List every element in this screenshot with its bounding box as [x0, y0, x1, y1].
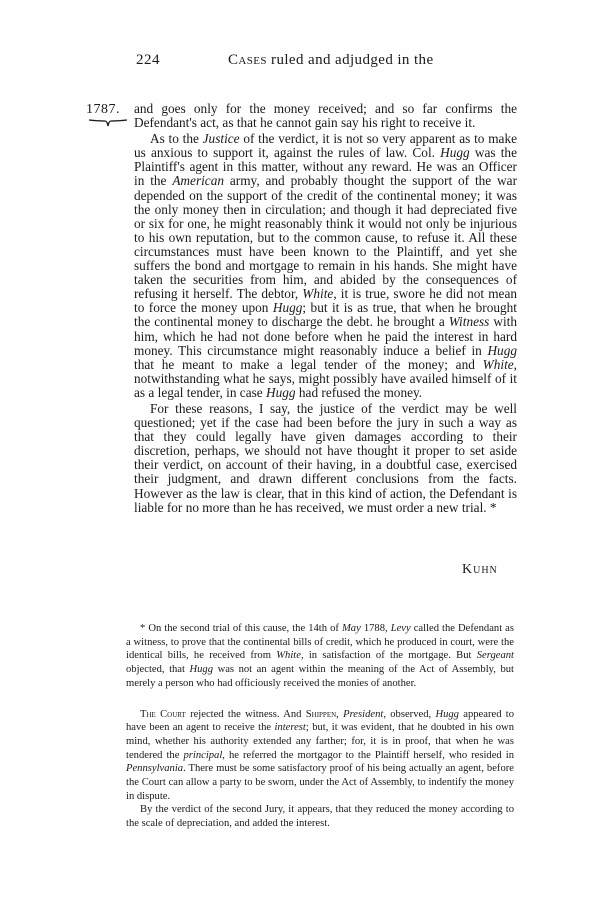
text-run: rejected the witness. And [186, 709, 306, 720]
page-number: 224 [136, 52, 160, 69]
text-run: had refused the money. [296, 385, 423, 400]
italic-white: White [276, 650, 301, 661]
paragraph-1: and goes only for the money received; an… [134, 102, 517, 130]
italic-hugg: Hugg [487, 343, 517, 358]
footnotes: * On the second trial of this cause, the… [126, 622, 514, 831]
smallcaps-shippen: Shippen [306, 709, 336, 720]
text-run: that he meant to make a legal tender of … [134, 357, 483, 372]
scanned-page: 224 Cases ruled and adjudged in the 1787… [0, 0, 600, 903]
italic-witness: Witness [449, 314, 490, 329]
italic-president: President [343, 709, 383, 720]
smallcaps-court: The Court [140, 709, 186, 720]
text-run: army, and probably thought the support o… [134, 173, 517, 301]
text-run: . There must be some satisfactory proof … [126, 763, 514, 801]
italic-hugg: Hugg [273, 300, 303, 315]
main-text: and goes only for the money received; an… [134, 102, 517, 515]
italic-justice: Justice [203, 131, 240, 146]
margin-year-note: 1787. [86, 102, 120, 118]
text-run: * On the second trial of this cause, the… [140, 623, 342, 634]
italic-principal: principal [183, 750, 222, 761]
italic-interest: interest [274, 722, 305, 733]
text-run: , in satisfaction of the mortgage. But [301, 650, 477, 661]
italic-levy: Levy [391, 623, 411, 634]
text-run: As to the [150, 131, 203, 146]
text-run: 1788, [361, 623, 391, 634]
reporter-signoff: Kuhn [462, 562, 498, 578]
running-head-title: Cases ruled and adjudged in the [228, 52, 434, 69]
footnote-3: By the verdict of the second Jury, it ap… [126, 803, 514, 830]
italic-white: White [302, 286, 333, 301]
italic-sergeant: Sergeant [477, 650, 514, 661]
text-run: objected, that [126, 664, 189, 675]
text-run: , observed, [383, 709, 435, 720]
running-head: 224 Cases ruled and adjudged in the [136, 52, 496, 72]
margin-brace-icon [88, 118, 128, 128]
running-head-title-first: Cases [228, 52, 267, 68]
footnote-1: * On the second trial of this cause, the… [126, 622, 514, 691]
italic-hugg: Hugg [440, 145, 470, 160]
footnote-2: The Court rejected the witness. And Ship… [126, 708, 514, 804]
italic-american: American [172, 173, 224, 188]
paragraph-3: For these reasons, I say, the justice of… [134, 402, 517, 515]
running-head-title-rest: ruled and adjudged in the [267, 52, 434, 68]
italic-hugg: Hugg [266, 385, 296, 400]
italic-pennsylvania: Pennsylvania [126, 763, 183, 774]
paragraph-2: As to the Justice of the verdict, it is … [134, 132, 517, 400]
italic-hugg: Hugg [435, 709, 459, 720]
italic-may: May [342, 623, 361, 634]
italic-white: White [483, 357, 514, 372]
italic-hugg: Hugg [189, 664, 213, 675]
text-run: , he referred the mortgagor to the Plain… [222, 750, 514, 761]
